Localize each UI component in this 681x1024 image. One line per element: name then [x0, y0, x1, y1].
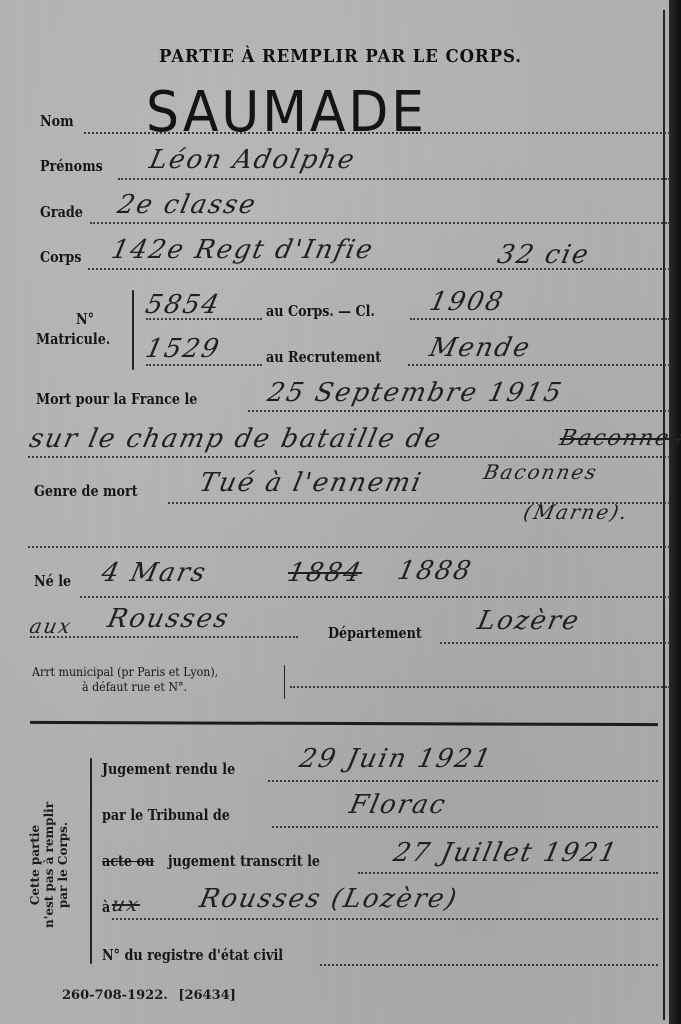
matricule-recrutement-number: 1529 [143, 334, 224, 364]
side-note-line-1: Cette partie [28, 800, 42, 930]
print-reference: 260-708-1922. [26434] [62, 988, 236, 1003]
naissance-place-line [30, 636, 298, 638]
naissance-year: 1888 [395, 556, 476, 586]
grade-label: Grade [40, 203, 83, 221]
registre-label: N° du registre d'état civil [102, 946, 283, 964]
ne-le-line [80, 596, 670, 598]
transcrit-line [358, 872, 658, 874]
tribunal-label: par le Tribunal de [102, 806, 230, 824]
naissance-place-prefix: aux [27, 614, 74, 638]
arrondissement-label-1: Arrt municipal (pr Paris et Lyon), [32, 665, 218, 679]
side-note-line-3: par le Corps. [56, 800, 70, 930]
grade-value: 2e classe [115, 190, 260, 220]
recrutement-place: Mende [427, 333, 534, 363]
genre-mort-suffix: (Marne). [521, 500, 631, 524]
mort-place-prefix: sur le champ de bataille de [27, 424, 446, 454]
acte-ou-struck: acte ou [102, 852, 154, 870]
prenoms-line [118, 178, 670, 180]
prenoms-label: Prénoms [40, 157, 103, 175]
section-separator [30, 721, 658, 726]
recrutement-line [408, 364, 670, 366]
arrondissement-label-2: à défaut rue et N°. [82, 680, 187, 694]
ne-le-label: Né le [34, 572, 71, 590]
jugement-rendu-date: 29 Juin 1921 [297, 744, 495, 774]
grade-line [90, 222, 670, 224]
side-note-line-2: n'est pas à remplir [42, 800, 56, 930]
jugement-rendu-label: Jugement rendu le [102, 760, 235, 778]
scan-edge [669, 0, 681, 1024]
matricule-corps-number: 5854 [143, 290, 224, 320]
mort-date: 25 Septembre 1915 [265, 378, 566, 408]
genre-mort-value: Tué à l'ennemi [197, 468, 426, 498]
corps-label: Corps [40, 248, 81, 266]
card-title: PARTIE À REMPLIR PAR LE CORPS. [27, 46, 654, 67]
arrondissement-line [290, 686, 670, 688]
genre-mort-label: Genre de mort [34, 482, 138, 500]
au-recrutement-label: au Recrutement [266, 348, 381, 366]
departement-value: Lozère [475, 606, 583, 636]
transcrit-date: 27 Juillet 1921 [391, 838, 621, 868]
nom-label: Nom [40, 112, 74, 130]
nom-value: SAUMADE [146, 80, 427, 145]
blank-line [28, 546, 670, 548]
corps-value: 142e Regt d'Infie [109, 235, 377, 265]
tribunal-value: Florac [347, 790, 450, 820]
card-border-right [663, 10, 665, 1020]
naissance-year-struck: 1884 [285, 558, 366, 588]
lieu-line [112, 918, 658, 920]
matricule-recrutement-line [146, 364, 262, 366]
lieu-struck: ux [109, 892, 142, 916]
jugement-rendu-line [268, 780, 658, 782]
naissance-place: Rousses [105, 604, 233, 634]
prenoms-value: Léon Adolphe [147, 145, 359, 175]
print-ref: 260-708-1922. [62, 988, 168, 1003]
departement-line [440, 642, 670, 644]
tribunal-line [272, 826, 658, 828]
matricule-no-label: N° [76, 310, 94, 328]
mort-date-line [248, 410, 670, 412]
print-code: [26434] [178, 988, 236, 1003]
naissance-day-month: 4 Mars [99, 558, 210, 588]
matricule-label: Matricule. [36, 330, 110, 348]
transcrit-label: jugement transcrit le [168, 852, 320, 870]
classe-value: 1908 [427, 287, 508, 317]
death-record-card: PARTIE À REMPLIR PAR LE CORPS. Nom SAUMA… [0, 0, 681, 1024]
side-note: Cette partie n'est pas à remplir par le … [28, 800, 96, 930]
registre-line [320, 964, 658, 966]
lieu-value: Rousses (Lozère) [197, 884, 461, 914]
mort-place-correction: Baconnes [481, 460, 600, 484]
classe-line [410, 318, 670, 320]
corps-company: 32 cie [495, 240, 593, 270]
jugement-brace [90, 758, 92, 964]
arrondissement-brace [284, 665, 285, 699]
mort-place-struck: Baconnes [557, 426, 681, 451]
mort-place-line [28, 456, 670, 458]
departement-label: Département [328, 624, 422, 642]
au-corps-label: au Corps. — Cl. [266, 302, 375, 320]
matricule-brace [132, 290, 134, 370]
mort-label: Mort pour la France le [36, 390, 197, 408]
matricule-corps-line [146, 318, 262, 320]
